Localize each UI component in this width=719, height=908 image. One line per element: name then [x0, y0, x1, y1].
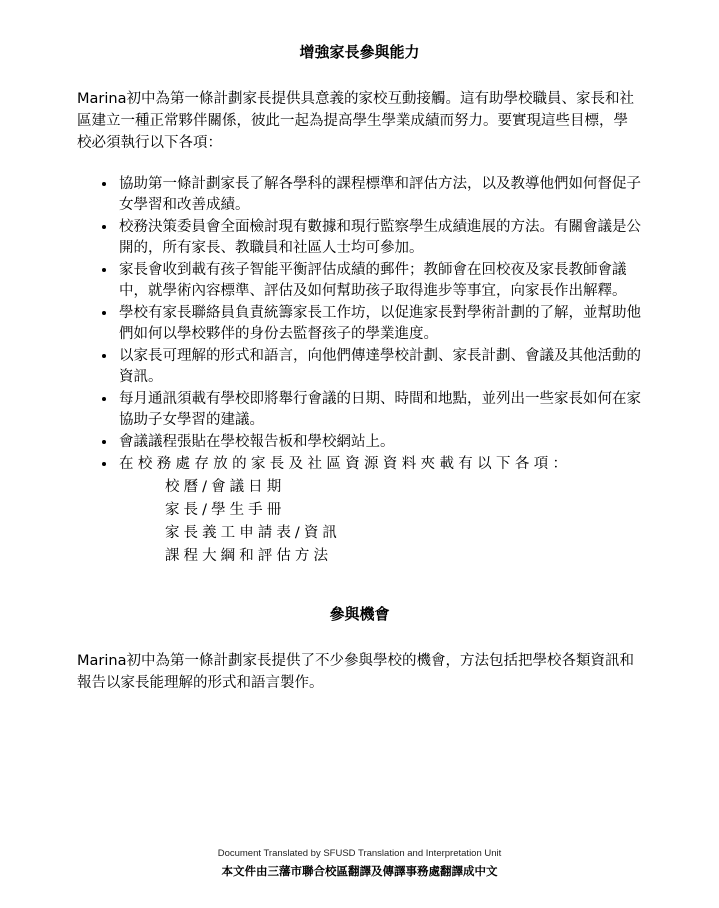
section2-paragraph: Marina初中為第一條計劃家長提供了不少參與學校的機會，方法包括把學校各類資訊…	[77, 650, 642, 694]
folder-item: 校曆/會議日期	[165, 476, 642, 499]
translation-footer: Document Translated by SFUSD Translation…	[0, 847, 719, 878]
bullet-item-text: 以家長可理解的形式和語言，向他們傳達學校計劃、家長計劃、會議及其他活動的資訊。	[119, 348, 641, 385]
bullet-item: 校務決策委員會全面檢討現有數據和現行監察學生成績進展的方法。有關會議是公開的，所…	[117, 217, 642, 259]
bullet-item-text: 校務決策委員會全面檢討現有數據和現行監察學生成績進展的方法。有關會議是公開的，所…	[119, 219, 641, 256]
folder-item: 家長義工申請表/資訊	[165, 522, 642, 545]
section1-intro-paragraph: Marina初中為第一條計劃家長提供具意義的家校互動接觸。這有助學校職員、家長和…	[77, 88, 642, 154]
folder-item: 家長/學生手冊	[165, 499, 642, 522]
section1-title: 增強家長參與能力	[77, 42, 642, 62]
folder-items-list: 校曆/會議日期 家長/學生手冊 家長義工申請表/資訊 課程大綱和評估方法	[165, 476, 642, 568]
bullet-item: 以家長可理解的形式和語言，向他們傳達學校計劃、家長計劃、會議及其他活動的資訊。	[117, 346, 642, 388]
bullet-item-text: 每月通訊須載有學校即將舉行會議的日期、時間和地點，並列出一些家長如何在家協助子女…	[119, 391, 641, 428]
bullet-item-text: 學校有家長聯絡員負責統籌家長工作坊，以促進家長對學術計劃的了解，並幫助他們如何以…	[119, 305, 641, 342]
bullet-item: 家長會收到載有孩子智能平衡評估成績的郵件；教師會在回校夜及家長教師會議中，就學術…	[117, 260, 642, 302]
bullet-list: 協助第一條計劃家長了解各學科的課程標準和評估方法，以及教導他們如何督促子女學習和…	[77, 174, 642, 568]
bullet-item-text: 家長會收到載有孩子智能平衡評估成績的郵件；教師會在回校夜及家長教師會議中，就學術…	[119, 262, 627, 299]
bullet-item: 學校有家長聯絡員負責統籌家長工作坊，以促進家長對學術計劃的了解，並幫助他們如何以…	[117, 303, 642, 345]
folder-item: 課程大綱和評估方法	[165, 545, 642, 568]
document-page: 增強家長參與能力 Marina初中為第一條計劃家長提供具意義的家校互動接觸。這有…	[0, 0, 719, 908]
bullet-item: 在校務處存放的家長及社區資源資料夾載有以下各項： 校曆/會議日期 家長/學生手冊…	[117, 454, 642, 568]
bullet-item-text: 會議議程張貼在學校報告板和學校網站上。	[119, 434, 395, 450]
footer-translation-note-zh: 本文件由三藩市聯合校區翻譯及傳譯事務處翻譯成中文	[0, 864, 719, 878]
bullet-item: 會議議程張貼在學校報告板和學校網站上。	[117, 432, 642, 453]
bullet-item: 協助第一條計劃家長了解各學科的課程標準和評估方法，以及教導他們如何督促子女學習和…	[117, 174, 642, 216]
section2-title: 參與機會	[77, 604, 642, 624]
bullet-item: 每月通訊須載有學校即將舉行會議的日期、時間和地點，並列出一些家長如何在家協助子女…	[117, 389, 642, 431]
footer-translation-note-en: Document Translated by SFUSD Translation…	[0, 847, 719, 860]
page-content: 增強家長參與能力 Marina初中為第一條計劃家長提供具意義的家校互動接觸。這有…	[0, 0, 719, 694]
bullet-item-text: 協助第一條計劃家長了解各學科的課程標準和評估方法，以及教導他們如何督促子女學習和…	[119, 176, 641, 213]
bullet-item-text: 在校務處存放的家長及社區資源資料夾載有以下各項：	[119, 456, 571, 472]
